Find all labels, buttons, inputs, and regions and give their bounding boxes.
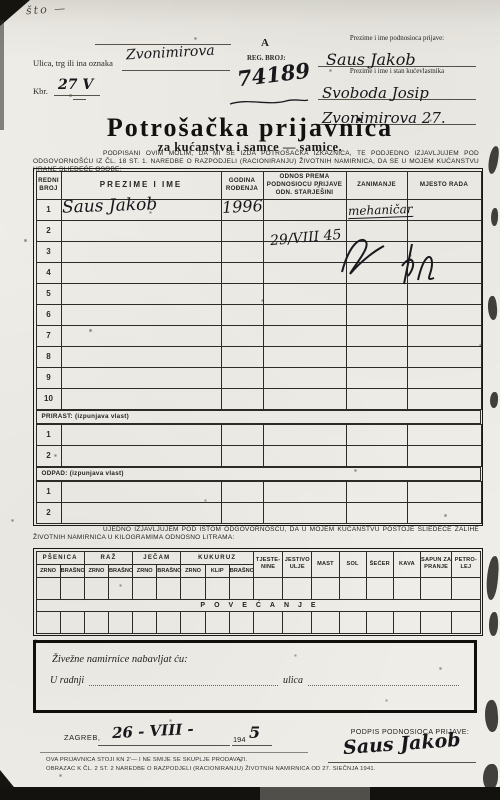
cell <box>263 283 346 304</box>
street-word-label: ulica <box>283 675 303 686</box>
scan-bottom-edge <box>0 787 500 800</box>
house-number-label: Kbr. <box>33 86 48 96</box>
cell <box>221 241 263 262</box>
cell <box>263 502 346 523</box>
cell <box>452 611 480 633</box>
cell <box>61 346 221 367</box>
cell <box>263 388 346 409</box>
date-handwriting: 26 - VIII - <box>112 720 195 742</box>
cell <box>339 577 366 599</box>
section-letter: A <box>255 37 275 49</box>
col-jestivo-ulje: JESTIVO ULJE <box>283 551 312 577</box>
cell <box>263 199 346 220</box>
city-label: ZAGREB, <box>64 733 100 742</box>
col-tjestenine: TJESTE- NINE <box>253 551 282 577</box>
cell <box>221 304 263 325</box>
cell <box>346 388 407 409</box>
cell <box>157 611 181 633</box>
row-number: 1 <box>36 199 61 220</box>
shop-label: U radnji <box>50 675 84 686</box>
cell <box>205 611 229 633</box>
sub-brasno: BRAŠNO <box>108 564 132 577</box>
persons-table: REDNI BROJ PREZIME I IME GODINA ROĐENJA … <box>33 168 483 526</box>
shop-line: U radnji ulica <box>50 673 464 686</box>
cell <box>61 220 221 241</box>
cell <box>346 502 407 523</box>
row-number: 3 <box>36 241 61 262</box>
cell <box>346 445 407 466</box>
cell <box>263 424 346 445</box>
col-kukuruz: KUKURUZ <box>181 551 254 564</box>
col-kava: KAVA <box>393 551 420 577</box>
cell <box>221 502 263 523</box>
sub-brasno: BRAŠNO <box>60 564 84 577</box>
cell <box>253 577 282 599</box>
row-number: 1 <box>36 424 61 445</box>
row-number: 6 <box>36 304 61 325</box>
cell <box>133 577 157 599</box>
person-row: 10 <box>36 388 481 409</box>
cell <box>60 611 84 633</box>
cell <box>346 304 407 325</box>
col-odnos: ODNOS PREMA PODNOSIOCU PRIJAVE ODN. STAR… <box>263 171 346 199</box>
cell <box>346 424 407 445</box>
odpad-grid: 1 2 <box>36 481 482 524</box>
cell <box>263 325 346 346</box>
cell <box>61 283 221 304</box>
cell <box>221 283 263 304</box>
signature-scribble <box>336 232 388 280</box>
cell <box>263 346 346 367</box>
col-redni-broj: REDNI BROJ <box>36 171 61 199</box>
row-number: 9 <box>36 367 61 388</box>
col-psenica: PŠENICA <box>36 551 84 564</box>
cell <box>393 577 420 599</box>
cell <box>108 577 132 599</box>
row-number: 10 <box>36 388 61 409</box>
row-number: 4 <box>36 262 61 283</box>
footnote-separator <box>40 752 308 753</box>
cell <box>61 325 221 346</box>
cell <box>221 220 263 241</box>
sub-brasno: BRAŠNO <box>229 564 253 577</box>
cell <box>421 611 452 633</box>
year-printed: 194 <box>233 735 246 744</box>
odpad-section-label: ODPAD: (izpunjava vlast) <box>36 467 481 481</box>
footnote-form-ref: OBRAZAC K ČL. 2 ST. 2 NAREDBE O RAZPODJE… <box>46 765 466 774</box>
cell <box>407 304 481 325</box>
cell <box>61 502 221 523</box>
owner-label: Prezime i ime i stan kućevlastnika <box>318 68 476 75</box>
cell <box>346 367 407 388</box>
supplies-group-header-row: PŠENICA RAŽ JEČAM KUKURUZ TJESTE- NINE J… <box>36 551 480 564</box>
cell <box>312 577 339 599</box>
col-jecam: JEČAM <box>133 551 181 564</box>
year-underline <box>232 745 272 746</box>
prirast-grid: 1 2 <box>36 424 482 467</box>
cell <box>407 388 481 409</box>
cell <box>84 611 108 633</box>
cell <box>61 388 221 409</box>
applicant-handwriting: Saus Jakob <box>326 50 416 69</box>
cell <box>263 304 346 325</box>
reg-broj-handwriting: 74189 <box>236 58 312 92</box>
col-petrolej: PETRO- LEJ <box>452 551 480 577</box>
cell <box>36 577 60 599</box>
cell <box>283 577 312 599</box>
person1-occupation-handwriting: mehaničar <box>348 202 413 219</box>
house-number-handwriting: 27 V <box>58 77 93 93</box>
scan-blot <box>490 392 498 408</box>
cell <box>421 577 452 599</box>
cell <box>61 481 221 502</box>
street-blank <box>308 673 459 686</box>
cell <box>339 611 366 633</box>
cell <box>84 577 108 599</box>
person1-year-handwriting: 1996 <box>222 196 264 217</box>
cell <box>221 325 263 346</box>
cell <box>229 611 253 633</box>
cell <box>61 304 221 325</box>
cell <box>407 502 481 523</box>
cell <box>346 325 407 346</box>
row-number: 8 <box>36 346 61 367</box>
cell <box>229 577 253 599</box>
row-number: 7 <box>36 325 61 346</box>
col-mjesto-rada: MJESTO RADA <box>407 171 481 199</box>
cell <box>221 424 263 445</box>
cell <box>407 424 481 445</box>
col-raz: RAŽ <box>84 551 132 564</box>
col-secer: ŠEĆER <box>366 551 393 577</box>
row-number: 2 <box>36 502 61 523</box>
cell <box>108 611 132 633</box>
cell <box>221 481 263 502</box>
cell <box>61 262 221 283</box>
applicant-line: Saus Jakob <box>318 42 476 67</box>
person-row: 6 <box>36 304 481 325</box>
cell <box>407 199 481 220</box>
scan-blot <box>487 296 498 321</box>
cell <box>263 445 346 466</box>
povecanje-row: POVEĆANJE <box>36 599 480 611</box>
cell <box>221 388 263 409</box>
supplies-grid: PŠENICA RAŽ JEČAM KUKURUZ TJESTE- NINE J… <box>36 551 481 634</box>
row-number: 1 <box>36 481 61 502</box>
header-right-block: Prezime i ime podnosioca prijave: Saus J… <box>318 35 476 125</box>
sub-brasno: BRAŠNO <box>157 564 181 577</box>
supplies-data-row <box>36 611 480 633</box>
year-handwriting: 5 <box>249 723 260 742</box>
col-mast: MAST <box>312 551 339 577</box>
cell <box>407 367 481 388</box>
person-row: 9 <box>36 367 481 388</box>
cell <box>133 611 157 633</box>
odpad-row: 1 <box>36 481 481 502</box>
kbr-underline-2 <box>73 99 86 100</box>
cell <box>312 611 339 633</box>
cell <box>263 262 346 283</box>
cell <box>221 445 263 466</box>
person-row: 8 <box>36 346 481 367</box>
col-sol: SOL <box>339 551 366 577</box>
supplies-data-row <box>36 577 480 599</box>
cell <box>452 577 480 599</box>
cell <box>221 367 263 388</box>
cell <box>407 481 481 502</box>
cell <box>393 611 420 633</box>
cell <box>407 325 481 346</box>
povecanje-label: POVEĆANJE <box>36 599 480 611</box>
pencil-note: što — <box>26 2 68 18</box>
kbr-underline <box>54 95 100 96</box>
footnotes: OVA PRIJAVNICA STOJI KN 2'— I NE SMIJE S… <box>46 756 466 774</box>
supplies-declaration-text: UJEDNO IZJAVLJUJEM POD ISTOM ODGOVORNOŠĆ… <box>33 526 479 542</box>
sub-zrno: ZRNO <box>36 564 60 577</box>
applicant-label: Prezime i ime podnosioca prijave: <box>318 35 476 42</box>
cell <box>61 424 221 445</box>
cell <box>221 346 263 367</box>
paper-speckles <box>0 0 1 1</box>
row-number: 2 <box>36 445 61 466</box>
cell <box>366 577 393 599</box>
cell <box>283 611 312 633</box>
initials-scribble <box>396 238 440 288</box>
sub-zrno: ZRNO <box>84 564 108 577</box>
shop-intro-text: Živežne namirnice nabavljat ću: <box>52 654 188 665</box>
reg-broj-underline-scribble <box>228 96 310 108</box>
persons-header-row: REDNI BROJ PREZIME I IME GODINA ROĐENJA … <box>36 171 481 199</box>
street-value-handwriting: Zvonimirova <box>126 43 215 64</box>
cell <box>61 445 221 466</box>
person1-name-handwriting: Saus Jakob <box>62 194 158 217</box>
shop-name-blank <box>89 673 278 686</box>
cell <box>263 481 346 502</box>
prirast-section-label: PRIRAST: (izpunjava vlast) <box>36 410 481 424</box>
col-zanimanje: ZANIMANJE <box>346 171 407 199</box>
prirast-row: 1 <box>36 424 481 445</box>
person-row: 7 <box>36 325 481 346</box>
cell <box>157 577 181 599</box>
col-godina: GODINA ROĐENJA <box>221 171 263 199</box>
cell <box>61 367 221 388</box>
cell <box>60 577 84 599</box>
cell <box>181 577 205 599</box>
footnote-price: OVA PRIJAVNICA STOJI KN 2'— I NE SMIJE S… <box>46 756 466 765</box>
cell <box>346 481 407 502</box>
scanned-form-page: što — Ulica, trg ili ina oznaka Zvonimir… <box>0 0 500 800</box>
cell <box>36 611 60 633</box>
cell <box>253 611 282 633</box>
cell <box>366 611 393 633</box>
odpad-row: 2 <box>36 502 481 523</box>
cell <box>346 346 407 367</box>
cell <box>205 577 229 599</box>
scan-blot <box>484 699 500 732</box>
owner-line: Svoboda Josip <box>318 75 476 100</box>
cell <box>407 445 481 466</box>
cell <box>263 367 346 388</box>
date-underline <box>98 745 230 746</box>
cell <box>61 241 221 262</box>
scan-blot <box>489 612 498 636</box>
col-sapun: SAPUN ZA PRANJE <box>421 551 452 577</box>
row-number: 2 <box>36 220 61 241</box>
sub-klip: KLIP <box>205 564 229 577</box>
cell <box>407 346 481 367</box>
prirast-row: 2 <box>36 445 481 466</box>
street-label: Ulica, trg ili ina oznaka <box>33 58 113 68</box>
cell <box>181 611 205 633</box>
sub-zrno: ZRNO <box>181 564 205 577</box>
form-title: Potrošačka prijavnica <box>0 113 500 143</box>
cell <box>221 262 263 283</box>
sub-zrno: ZRNO <box>133 564 157 577</box>
supplies-table: PŠENICA RAŽ JEČAM KUKURUZ TJESTE- NINE J… <box>33 548 483 636</box>
shop-declaration-box: Živežne namirnice nabavljat ću: U radnji… <box>33 640 477 713</box>
scan-blot <box>491 208 498 226</box>
street-underline <box>122 70 230 71</box>
scan-blot <box>485 556 499 601</box>
row-number: 5 <box>36 283 61 304</box>
